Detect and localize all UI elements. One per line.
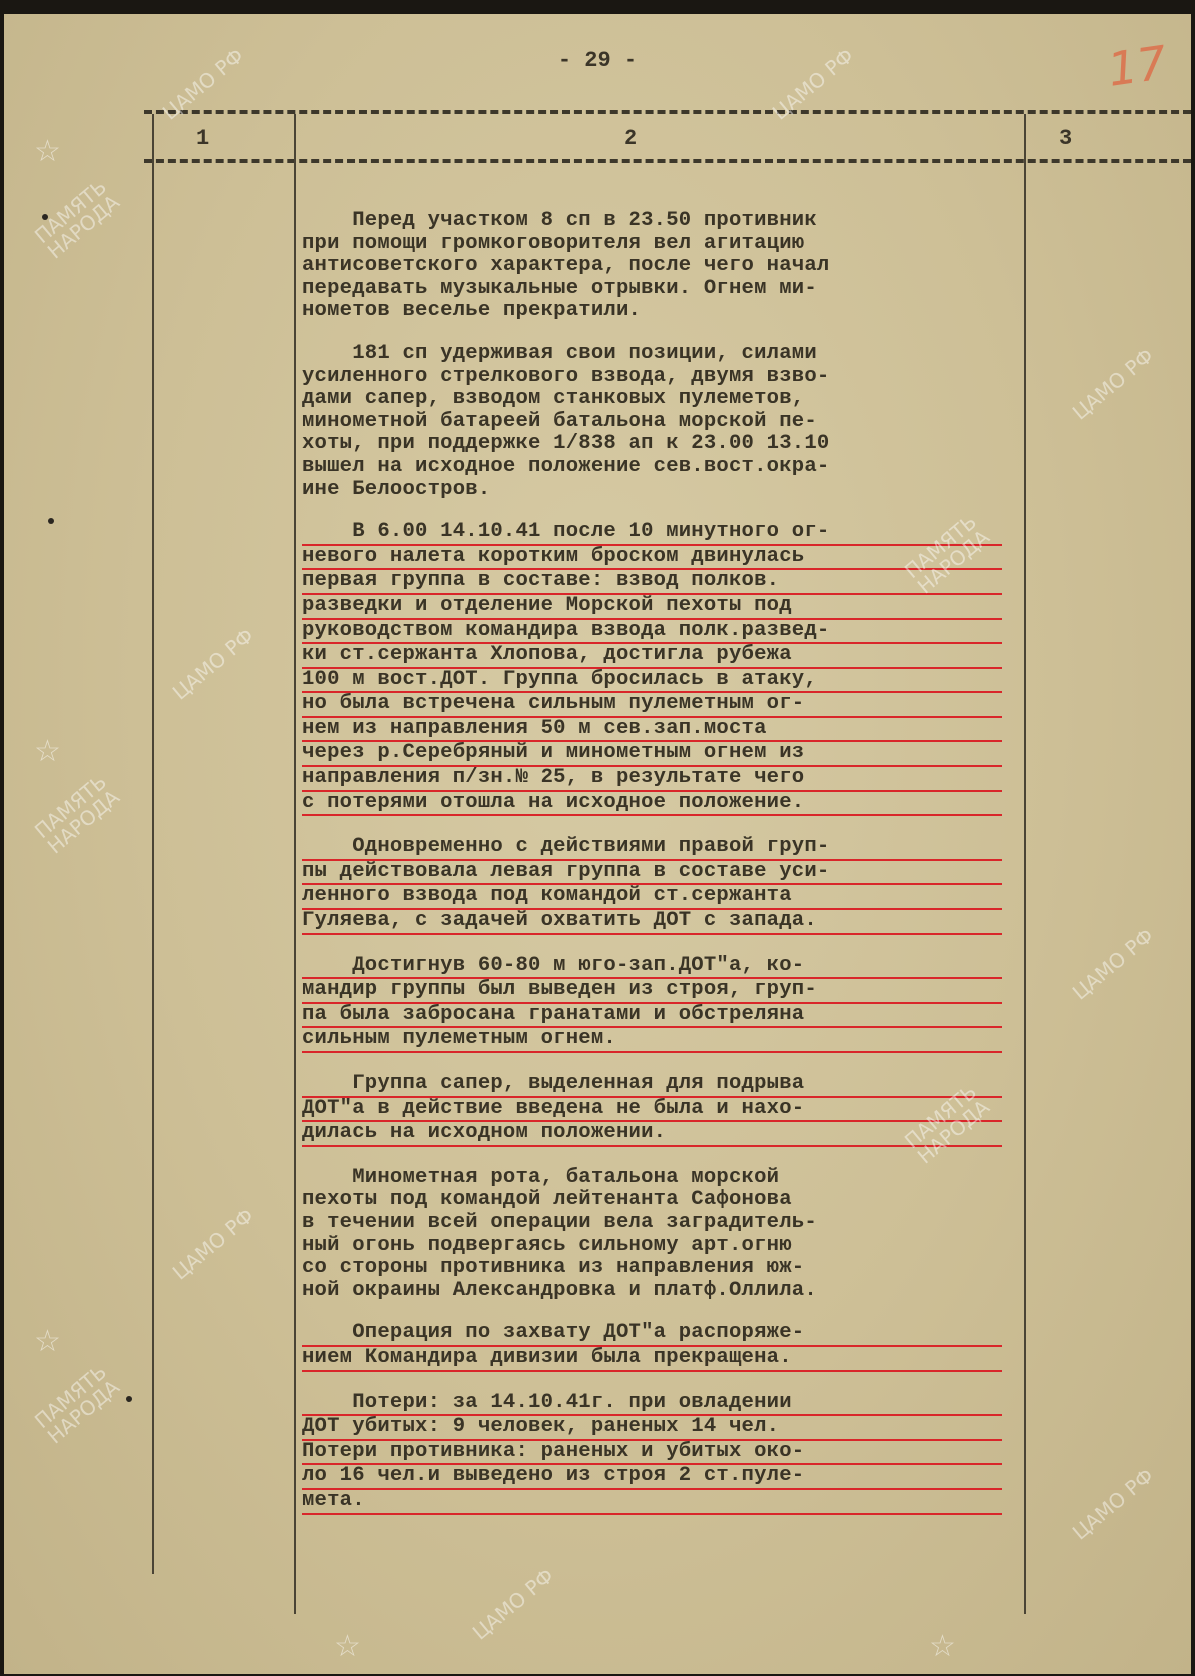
underlined-text-line: направления п/зн.№ 25, в результате чего bbox=[302, 767, 1002, 792]
underlined-text-line: ДОТ убитых: 9 человек, раненых 14 чел. bbox=[302, 1416, 1002, 1441]
watermark-archive: ЦАМО РФ bbox=[169, 1205, 257, 1283]
text-line: нометов веселье прекратили. bbox=[302, 300, 1002, 323]
paragraph: Потери: за 14.10.41г. при овладенииДОТ у… bbox=[302, 1392, 1002, 1515]
watermark-archive: ЦАМО РФ bbox=[1069, 925, 1157, 1003]
document-page: - 29 - 17 1 2 3 Перед участком 8 сп в 23… bbox=[4, 0, 1191, 1674]
text-line: в течении всей операции вела заградитель… bbox=[302, 1212, 1002, 1235]
text-line: ной окраины Александровка и платф.Оллила… bbox=[302, 1280, 1002, 1303]
underlined-text-line: руководством командира взвода полк.разве… bbox=[302, 620, 1002, 645]
underlined-text-line: Группа сапер, выделенная для подрыва bbox=[302, 1073, 1002, 1098]
paragraph: Достигнув 60-80 м юго-зап.ДОТ"а, ко-манд… bbox=[302, 955, 1002, 1053]
table-top-rule bbox=[144, 110, 1191, 114]
page-number: - 29 - bbox=[4, 48, 1191, 73]
underlined-text-line: Одновременно с действиями правой груп- bbox=[302, 836, 1002, 861]
text-line: дами сапер, взводом станковых пулеметов, bbox=[302, 388, 1002, 411]
underlined-text-line: В 6.00 14.10.41 после 10 минутного ог- bbox=[302, 521, 1002, 546]
punch-hole bbox=[48, 518, 54, 524]
watermark-archive: ЦАМО РФ bbox=[469, 1565, 557, 1643]
paragraph: Операция по захвату ДОТ"а распоряже-нием… bbox=[302, 1322, 1002, 1371]
underlined-text-line: сильным пулеметным огнем. bbox=[302, 1028, 1002, 1053]
column-header-1: 1 bbox=[196, 126, 209, 151]
star-icon: ☆ bbox=[334, 1629, 361, 1664]
text-line: передавать музыкальные отрывки. Огнем ми… bbox=[302, 278, 1002, 301]
watermark-project: ПАМЯТЬНАРОДА bbox=[31, 1361, 122, 1447]
pencil-folio-mark: 17 bbox=[1105, 35, 1170, 97]
text-line: антисоветского характера, после чего нач… bbox=[302, 255, 1002, 278]
column-divider-2-3 bbox=[1024, 114, 1026, 1614]
underlined-text-line: пы действовала левая группа в составе ус… bbox=[302, 861, 1002, 886]
underlined-text-line: Гуляева, с задачей охватить ДОТ с запада… bbox=[302, 910, 1002, 935]
paragraph: Одновременно с действиями правой груп-пы… bbox=[302, 836, 1002, 934]
underlined-text-line: ленного взвода под командой ст.сержанта bbox=[302, 885, 1002, 910]
underlined-text-line: Достигнув 60-80 м юго-зап.ДОТ"а, ко- bbox=[302, 955, 1002, 980]
paragraph: 181 сп удерживая свои позиции, силамиуси… bbox=[302, 343, 1002, 501]
underlined-text-line: ки ст.сержанта Хлопова, достигла рубежа bbox=[302, 644, 1002, 669]
underlined-text-line: мета. bbox=[302, 1490, 1002, 1515]
underlined-text-line: с потерями отошла на исходное положение. bbox=[302, 792, 1002, 817]
text-line: вышел на исходное положение сев.вост.окр… bbox=[302, 456, 1002, 479]
paragraph: В 6.00 14.10.41 после 10 минутного ог-не… bbox=[302, 521, 1002, 816]
underlined-text-line: невого налета коротким броском двинулась bbox=[302, 546, 1002, 571]
star-icon: ☆ bbox=[34, 1324, 61, 1359]
text-line: хоты, при поддержке 1/838 ап к 23.00 13.… bbox=[302, 433, 1002, 456]
underlined-text-line: нем из направления 50 м сев.зап.моста bbox=[302, 718, 1002, 743]
text-line: Перед участком 8 сп в 23.50 противник bbox=[302, 210, 1002, 233]
watermark-project: ПАМЯТЬНАРОДА bbox=[31, 771, 122, 857]
star-icon: ☆ bbox=[34, 734, 61, 769]
underlined-text-line: ДОТ"а в действие введена не была и нахо- bbox=[302, 1098, 1002, 1123]
table-left-border bbox=[152, 114, 154, 1574]
text-line: усиленного стрелкового взвода, двумя взв… bbox=[302, 366, 1002, 389]
text-line: Минометная рота, батальона морской bbox=[302, 1167, 1002, 1190]
table-header-rule bbox=[144, 159, 1191, 163]
underlined-text-line: Операция по захвату ДОТ"а распоряже- bbox=[302, 1322, 1002, 1347]
text-line: со стороны противника из направления юж- bbox=[302, 1257, 1002, 1280]
text-line: при помощи громкоговорителя вел агитацию bbox=[302, 233, 1002, 256]
underlined-text-line: Потери противника: раненых и убитых око- bbox=[302, 1441, 1002, 1466]
text-line: пехоты под командой лейтенанта Сафонова bbox=[302, 1189, 1002, 1212]
watermark-archive: ЦАМО РФ bbox=[1069, 345, 1157, 423]
star-icon: ☆ bbox=[34, 134, 61, 169]
report-text-column: Перед участком 8 сп в 23.50 противникпри… bbox=[302, 210, 1002, 1535]
paragraph: Перед участком 8 сп в 23.50 противникпри… bbox=[302, 210, 1002, 323]
punch-hole bbox=[126, 1396, 132, 1402]
underlined-text-line: па была забросана гранатами и обстреляна bbox=[302, 1004, 1002, 1029]
column-divider-1-2 bbox=[294, 114, 296, 1614]
paragraph: Группа сапер, выделенная для подрываДОТ"… bbox=[302, 1073, 1002, 1147]
underlined-text-line: разведки и отделение Морской пехоты под bbox=[302, 595, 1002, 620]
underlined-text-line: но была встречена сильным пулеметным ог- bbox=[302, 693, 1002, 718]
watermark-archive: ЦАМО РФ bbox=[1069, 1465, 1157, 1543]
underlined-text-line: дилась на исходном положении. bbox=[302, 1122, 1002, 1147]
text-line: ный огонь подвергаясь сильному арт.огню bbox=[302, 1235, 1002, 1258]
underlined-text-line: 100 м вост.ДОТ. Группа бросилась в атаку… bbox=[302, 669, 1002, 694]
text-line: 181 сп удерживая свои позиции, силами bbox=[302, 343, 1002, 366]
text-line: ине Белоостров. bbox=[302, 479, 1002, 502]
column-header-2: 2 bbox=[624, 126, 637, 151]
underlined-text-line: Потери: за 14.10.41г. при овладении bbox=[302, 1392, 1002, 1417]
paragraph: Минометная рота, батальона морскойпехоты… bbox=[302, 1167, 1002, 1303]
text-line: минометной батареей батальона морской пе… bbox=[302, 411, 1002, 434]
underlined-text-line: первая группа в составе: взвод полков. bbox=[302, 570, 1002, 595]
underlined-text-line: мандир группы был выведен из строя, груп… bbox=[302, 979, 1002, 1004]
punch-hole bbox=[42, 214, 48, 220]
column-header-3: 3 bbox=[1059, 126, 1072, 151]
star-icon: ☆ bbox=[929, 1629, 956, 1664]
watermark-archive: ЦАМО РФ bbox=[169, 625, 257, 703]
underlined-text-line: ло 16 чел.и выведено из строя 2 ст.пуле- bbox=[302, 1465, 1002, 1490]
underlined-text-line: через р.Серебряный и минометным огнем из bbox=[302, 742, 1002, 767]
underlined-text-line: нием Командира дивизии была прекращена. bbox=[302, 1347, 1002, 1372]
